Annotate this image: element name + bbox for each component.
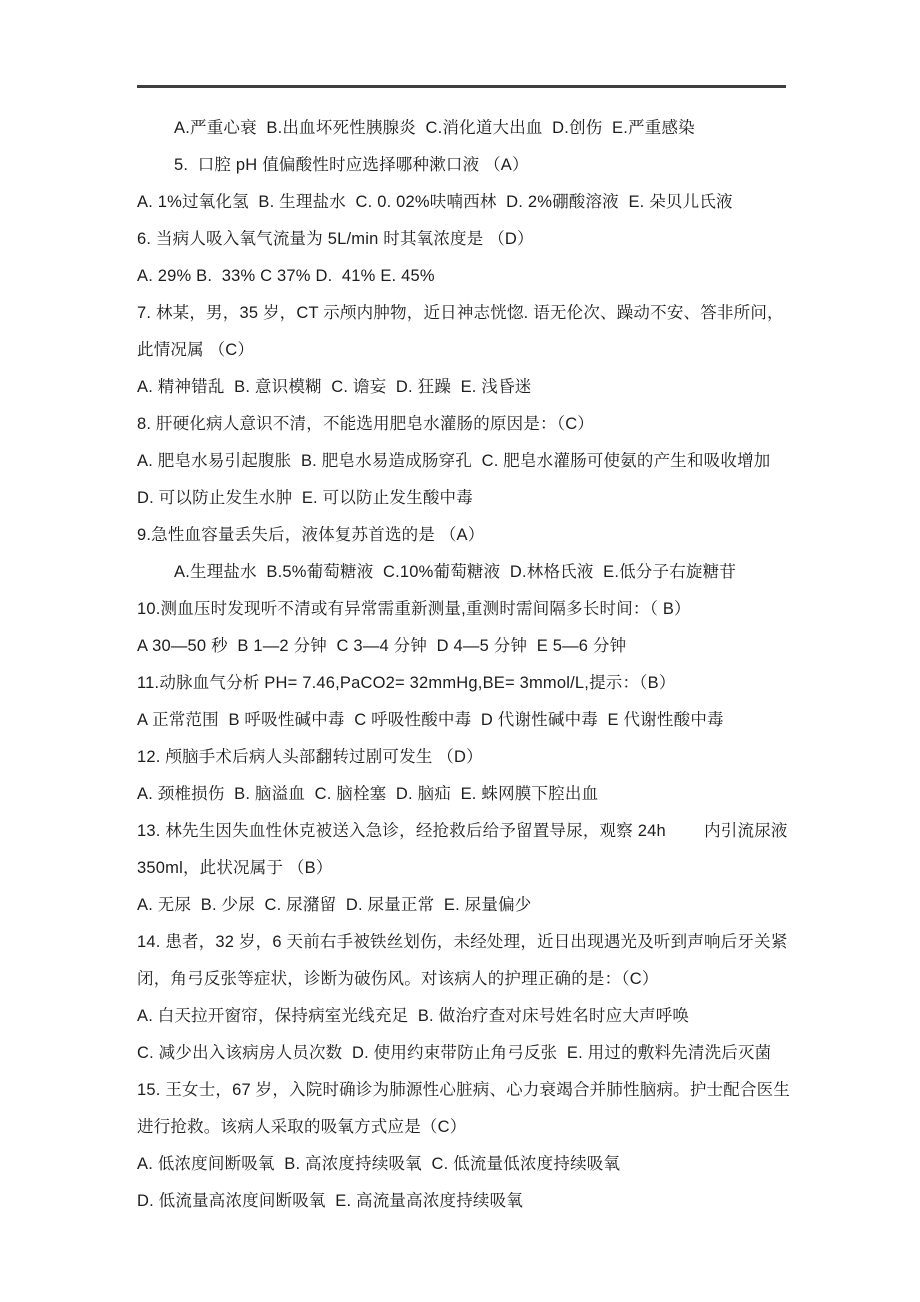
q7-options: A. 精神错乱 B. 意识模糊 C. 谵妄 D. 狂躁 E. 浅昏迷	[137, 369, 837, 406]
q14-stem-cont: 闭，角弓反张等症状，诊断为破伤风。对该病人的护理正确的是：（C）	[137, 961, 837, 998]
q15-stem-cont: 进行抢救。该病人采取的吸氧方式应是（C）	[137, 1109, 837, 1146]
q10-options: A 30—50 秒 B 1—2 分钟 C 3—4 分钟 D 4—5 分钟 E 5…	[137, 628, 837, 665]
q13-stem-cont: 350ml，此状况属于 （B）	[137, 850, 837, 887]
q11-options: A 正常范围 B 呼吸性碱中毒 C 呼吸性酸中毒 D 代谢性碱中毒 E 代谢性酸…	[137, 702, 837, 739]
q14-options-1: A. 白天拉开窗帘，保持病室光线充足 B. 做治疗查对床号姓名时应大声呼唤	[137, 998, 837, 1035]
q9-options: A.生理盐水 B.5%葡萄糖液 C.10%葡萄糖液 D.林格氏液 E.低分子右旋…	[137, 554, 837, 591]
q13-stem: 13. 林先生因失血性休克被送入急诊，经抢救后给予留置导尿，观察 24h 内引流…	[137, 813, 837, 850]
q15-options-1: A. 低浓度间断吸氧 B. 高浓度持续吸氧 C. 低流量低浓度持续吸氧	[137, 1146, 837, 1183]
q4-options: A.严重心衰 B.出血坏死性胰腺炎 C.消化道大出血 D.创伤 E.严重感染	[137, 110, 837, 147]
q6-options: A. 29% B. 33% C 37% D. 41% E. 45%	[137, 258, 837, 295]
q10-stem: 10.测血压时发现听不清或有异常需重新测量,重测时需间隔多长时间：（ B）	[137, 591, 837, 628]
q15-options-2: D. 低流量高浓度间断吸氧 E. 高流量高浓度持续吸氧	[137, 1183, 837, 1220]
q13-options: A. 无尿 B. 少尿 C. 尿潴留 D. 尿量正常 E. 尿量偏少	[137, 887, 837, 924]
q7-stem-cont: 此情况属 （C）	[137, 332, 837, 369]
document-body: A.严重心衰 B.出血坏死性胰腺炎 C.消化道大出血 D.创伤 E.严重感染 5…	[137, 110, 837, 1220]
q12-options: A. 颈椎损伤 B. 脑溢血 C. 脑栓塞 D. 脑疝 E. 蛛网膜下腔出血	[137, 776, 837, 813]
q5-stem: 5. 口腔 pH 值偏酸性时应选择哪种漱口液 （A）	[137, 147, 837, 184]
page-header-rule	[137, 85, 786, 88]
q14-options-2: C. 减少出入该病房人员次数 D. 使用约束带防止角弓反张 E. 用过的敷料先清…	[137, 1035, 837, 1072]
q12-stem: 12. 颅脑手术后病人头部翻转过剧可发生 （D）	[137, 739, 837, 776]
q8-stem: 8. 肝硬化病人意识不清，不能选用肥皂水灌肠的原因是：（C）	[137, 406, 837, 443]
q6-stem: 6. 当病人吸入氧气流量为 5L/min 时其氧浓度是 （D）	[137, 221, 837, 258]
q8-options-2: D. 可以防止发生水肿 E. 可以防止发生酸中毒	[137, 480, 837, 517]
q15-stem: 15. 王女士，67 岁，入院时确诊为肺源性心脏病、心力衰竭合并肺性脑病。护士配…	[137, 1072, 837, 1109]
q5-options: A. 1%过氧化氢 B. 生理盐水 C. 0. 02%呋喃西林 D. 2%硼酸溶…	[137, 184, 837, 221]
q7-stem: 7. 林某，男，35 岁，CT 示颅内肿物，近日神志恍惚. 语无伦次、躁动不安、…	[137, 295, 837, 332]
q14-stem: 14. 患者，32 岁，6 天前右手被铁丝划伤，未经处理，近日出现遇光及听到声响…	[137, 924, 837, 961]
document-page: A.严重心衰 B.出血坏死性胰腺炎 C.消化道大出血 D.创伤 E.严重感染 5…	[0, 0, 920, 1302]
q11-stem: 11.动脉血气分析 PH= 7.46,PaCO2= 32mmHg,BE= 3mm…	[137, 665, 837, 702]
q8-options-1: A. 肥皂水易引起腹胀 B. 肥皂水易造成肠穿孔 C. 肥皂水灌肠可使氨的产生和…	[137, 443, 837, 480]
q9-stem: 9.急性血容量丢失后，液体复苏首选的是 （A）	[137, 517, 837, 554]
